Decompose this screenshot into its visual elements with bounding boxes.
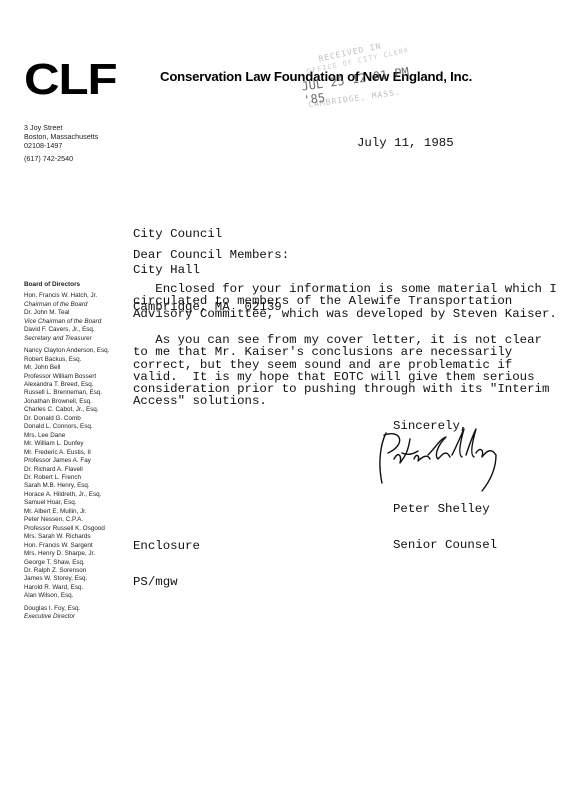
board-member: Harold R. Ward, Esq.	[24, 584, 144, 592]
recipient-line: City Hall	[133, 264, 282, 276]
board-member: Jonathan Brownell, Esq.	[24, 398, 144, 406]
clf-logo: CLF	[24, 58, 116, 102]
board-member: Professor William Bossert	[24, 373, 144, 381]
board-member: Professor Russell K. Osgood	[24, 525, 144, 533]
body-paragraph: Enclosed for your information is some ma…	[133, 283, 557, 320]
received-stamp: RECEIVED IN OFFICE OF CITY CLERK JUL 25 …	[292, 48, 412, 120]
board-member: George T. Shaw, Esq.	[24, 559, 144, 567]
recipient-line: City Council	[133, 228, 282, 240]
signer-name: Peter Shelley	[393, 503, 497, 515]
board-member: Robert Backus, Esq.	[24, 356, 144, 364]
board-officer-title: Vice Chairman of the Board	[24, 318, 144, 326]
board-member: Dr. Donald G. Comb	[24, 415, 144, 423]
board-member: James W. Storey, Esq.	[24, 575, 144, 583]
board-member: Samuel Hoar, Esq.	[24, 499, 144, 507]
signature-block: Peter Shelley Senior Counsel	[393, 478, 497, 564]
executive-director-title: Executive Director	[24, 613, 144, 621]
body-paragraph: As you can see from my cover letter, it …	[133, 334, 549, 408]
board-member: Mrs. Sarah W. Richards	[24, 533, 144, 541]
signer-title: Senior Counsel	[393, 539, 497, 551]
board-member: Hon. Francis W. Sargent	[24, 542, 144, 550]
address-line: 3 Joy Street	[24, 123, 98, 132]
board-member: Mrs. Lee Dane	[24, 432, 144, 440]
board-member: Donald L. Connors, Esq.	[24, 423, 144, 431]
board-of-directors: Board of Directors Hon. Francis W. Hatch…	[24, 281, 144, 622]
board-member: Russell L. Brenneman, Esq.	[24, 389, 144, 397]
board-officer: Dr. John M. Teal	[24, 309, 144, 317]
board-member: Alexandra T. Breed, Esq.	[24, 381, 144, 389]
board-officer-title: Chairman of the Board	[24, 301, 144, 309]
board-member: Mr. William L. Dunfey	[24, 440, 144, 448]
board-member: Peter Nessen, C.P.A.	[24, 516, 144, 524]
board-member: Horace A. Hildreth, Jr., Esq.	[24, 491, 144, 499]
board-member: Mr. John Bell	[24, 364, 144, 372]
board-member: Dr. Richard A. Flavell	[24, 466, 144, 474]
board-member: Alan Wilson, Esq.	[24, 592, 144, 600]
board-member: Charles C. Cabot, Jr., Esq.	[24, 406, 144, 414]
phone-number: (617) 742-2540	[24, 154, 98, 163]
address-line: 02108-1497	[24, 141, 98, 150]
address-line: Boston, Massachusetts	[24, 132, 98, 141]
salutation: Dear Council Members:	[133, 249, 289, 261]
letter-date: July 11, 1985	[357, 137, 454, 149]
board-member: Dr. Ralph Z. Sorenson	[24, 567, 144, 575]
board-member: Dr. Robert L. French	[24, 474, 144, 482]
board-heading: Board of Directors	[24, 281, 144, 289]
letterhead-address: 3 Joy Street Boston, Massachusetts 02108…	[24, 123, 98, 163]
board-member: Nancy Clayton Anderson, Esq.	[24, 347, 144, 355]
board-member: Mr. Frederic A. Eustis, II	[24, 449, 144, 457]
board-officer: Hon. Francis W. Hatch, Jr.	[24, 292, 144, 300]
board-member: Professor James A. Fay	[24, 457, 144, 465]
board-member: Mrs. Henry D. Sharpe, Jr.	[24, 550, 144, 558]
board-member: Sarah M.B. Henry, Esq.	[24, 482, 144, 490]
board-officer-title: Secretary and Treasurer	[24, 335, 144, 343]
board-officer: David F. Cavers, Jr., Esq.	[24, 326, 144, 334]
board-member: Mr. Albert E. Mullin, Jr.	[24, 508, 144, 516]
executive-director: Douglas I. Foy, Esq.	[24, 605, 144, 613]
